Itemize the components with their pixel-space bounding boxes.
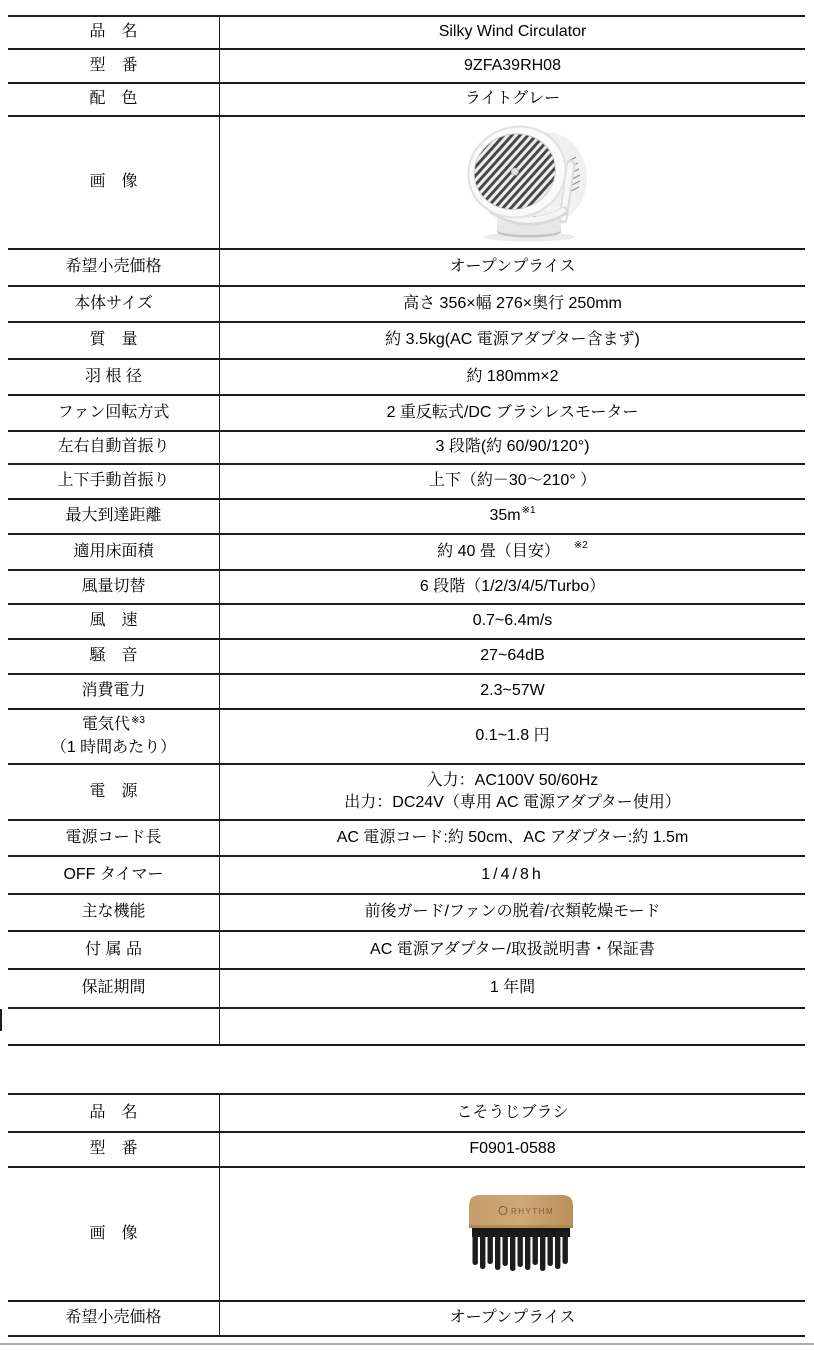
row-label: 最大到達距離 bbox=[8, 500, 220, 533]
value-text: 2 重反転式/DC ブラシレスモーター bbox=[387, 402, 639, 424]
label-text: 上下手動首振り bbox=[57, 470, 169, 492]
value-footnote-mark: ※1 bbox=[522, 504, 536, 518]
row-label: 希望小売価格 bbox=[8, 1302, 220, 1335]
value-line-1: 入力：AC100V 50/60Hz bbox=[427, 770, 599, 792]
bottom-gray-rule bbox=[0, 1343, 814, 1345]
value-text: 6 段階（1/2/3/4/5/Turbo） bbox=[420, 576, 605, 598]
label-text: 画 像 bbox=[89, 171, 137, 193]
row-value: こそうじブラシ bbox=[220, 1095, 805, 1131]
row-label: 電気代※3 （1 時間あたり） bbox=[8, 710, 220, 763]
table-row: 主な機能 前後ガード/ファンの脱着/衣類乾燥モード bbox=[8, 895, 805, 932]
row-value bbox=[220, 117, 805, 248]
label-text: 希望小売価格 bbox=[65, 256, 161, 278]
table-row: 羽 根 径 約 180mm×2 bbox=[8, 360, 805, 396]
label-text: 画 像 bbox=[89, 1223, 137, 1245]
table-row: 風 速 0.7~6.4m/s bbox=[8, 605, 805, 640]
label-text: 風量切替 bbox=[81, 576, 145, 598]
table-row: 希望小売価格 オープンプライス bbox=[8, 250, 805, 287]
row-value: 0.7~6.4m/s bbox=[220, 605, 805, 638]
label-text: 品 名 bbox=[89, 21, 137, 43]
brush-handle-edge bbox=[469, 1225, 573, 1228]
value-text: 前後ガード/ファンの脱着/衣類乾燥モード bbox=[365, 901, 661, 923]
row-label: 品 名 bbox=[8, 1095, 220, 1131]
row-value: 6 段階（1/2/3/4/5/Turbo） bbox=[220, 571, 805, 603]
row-label: 保証期間 bbox=[8, 970, 220, 1007]
table-row: 品 名 こそうじブラシ bbox=[8, 1095, 805, 1133]
value-text: 27~64dB bbox=[480, 645, 545, 667]
table-row: 配 色 ライトグレー bbox=[8, 84, 805, 117]
value-text: 0.1~1.8 円 bbox=[475, 725, 549, 747]
spec-table-brush: 品 名 こそうじブラシ 型 番 F0901-0588 画 像 bbox=[8, 1093, 805, 1337]
row-label: 消費電力 bbox=[8, 675, 220, 708]
row-label: OFF タイマー bbox=[8, 857, 220, 893]
label-text: OFF タイマー bbox=[63, 864, 163, 886]
value-text: 35m bbox=[489, 505, 520, 527]
value-text: こそうじブラシ bbox=[456, 1102, 568, 1124]
row-label: 羽 根 径 bbox=[8, 360, 220, 394]
row-value: Silky Wind Circulator bbox=[220, 17, 805, 48]
value-text: 9ZFA39RH08 bbox=[464, 55, 561, 77]
table-row: 型 番 F0901-0588 bbox=[8, 1133, 805, 1168]
row-label: 本体サイズ bbox=[8, 287, 220, 321]
table-row: 電源コード長 AC 電源コード:約 50cm、AC アダプター:約 1.5m bbox=[8, 821, 805, 857]
table-row: ファン回転方式 2 重反転式/DC ブラシレスモーター bbox=[8, 396, 805, 432]
label-footnote-mark: ※3 bbox=[131, 715, 145, 726]
label-text: 電 源 bbox=[89, 781, 137, 803]
value-text: 約 3.5kg(AC 電源アダプター含まず) bbox=[385, 329, 640, 351]
value-text: オープンプライス bbox=[450, 256, 576, 278]
value-text: 約 180mm×2 bbox=[466, 366, 558, 388]
table-row-image: 画 像 bbox=[8, 117, 805, 250]
table-row-image: 画 像 RHYTHM bbox=[8, 1168, 805, 1302]
row-value: 2.3~57W bbox=[220, 675, 805, 708]
row-value: 1/4/8h bbox=[220, 857, 805, 893]
value-text: 高さ 356×幅 276×奥行 250mm bbox=[403, 293, 622, 315]
label-text: 電気代 bbox=[82, 716, 130, 733]
row-value: 9ZFA39RH08 bbox=[220, 50, 805, 82]
fan-base-bottom bbox=[497, 225, 561, 235]
label-text: ファン回転方式 bbox=[58, 402, 170, 424]
row-label: 配 色 bbox=[8, 84, 220, 115]
row-label: 電 源 bbox=[8, 765, 220, 819]
row-label: 付 属 品 bbox=[8, 932, 220, 968]
table-row: 質 量 約 3.5kg(AC 電源アダプター含まず) bbox=[8, 323, 805, 360]
table-row: 付 属 品 AC 電源アダプター/取扱説明書・保証書 bbox=[8, 932, 805, 970]
label-text: 本体サイズ bbox=[74, 293, 153, 315]
row-label: ファン回転方式 bbox=[8, 396, 220, 430]
value-text: 1 年間 bbox=[490, 977, 535, 999]
table-edge-tick bbox=[0, 1009, 2, 1031]
value-line-2: 出力：DC24V（専用 AC 電源アダプター使用） bbox=[344, 792, 680, 814]
table-row: 電気代※3 （1 時間あたり） 0.1~1.8 円 bbox=[8, 710, 805, 765]
table-row: 型 番 9ZFA39RH08 bbox=[8, 50, 805, 84]
row-value: AC 電源コード:約 50cm、AC アダプター:約 1.5m bbox=[220, 821, 805, 855]
value-text: 0.7~6.4m/s bbox=[473, 610, 553, 632]
table-row: 左右自動首振り 3 段階(約 60/90/120°) bbox=[8, 432, 805, 465]
table-row: 適用床面積 約 40 畳（目安）※2 bbox=[8, 535, 805, 571]
row-value bbox=[220, 1009, 805, 1044]
row-value: 約 180mm×2 bbox=[220, 360, 805, 394]
row-label: 質 量 bbox=[8, 323, 220, 358]
row-value: オープンプライス bbox=[220, 250, 805, 285]
row-value: 27~64dB bbox=[220, 640, 805, 673]
value-text: ライトグレー bbox=[465, 88, 560, 110]
row-label: 希望小売価格 bbox=[8, 250, 220, 285]
label-text: 電源コード長 bbox=[65, 827, 161, 849]
row-label: 主な機能 bbox=[8, 895, 220, 930]
label-text: 消費電力 bbox=[81, 680, 145, 702]
value-text: 約 40 畳（目安） bbox=[437, 541, 560, 563]
row-label: 型 番 bbox=[8, 50, 220, 82]
spec-sheet: 品 名 Silky Wind Circulator 型 番 9ZFA39RH08… bbox=[0, 0, 814, 1350]
row-label: 上下手動首振り bbox=[8, 465, 220, 498]
label-text: 配 色 bbox=[89, 88, 137, 110]
label-text: 型 番 bbox=[89, 1138, 137, 1160]
row-value: 0.1~1.8 円 bbox=[220, 710, 805, 763]
value-text: 3 段階(約 60/90/120°) bbox=[435, 436, 589, 458]
label-text: 羽 根 径 bbox=[85, 366, 142, 388]
row-value: F0901-0588 bbox=[220, 1133, 805, 1166]
label-text: 付 属 品 bbox=[85, 939, 142, 961]
row-value: 約 40 畳（目安）※2 bbox=[220, 535, 805, 569]
brush-logo-text: RHYTHM bbox=[511, 1207, 554, 1216]
row-value: 約 3.5kg(AC 電源アダプター含まず) bbox=[220, 323, 805, 358]
table-row: 電 源 入力：AC100V 50/60Hz 出力：DC24V（専用 AC 電源ア… bbox=[8, 765, 805, 821]
value-footnote-mark: ※2 bbox=[574, 539, 588, 553]
label-text: 主な機能 bbox=[81, 901, 145, 923]
table-row: 保証期間 1 年間 bbox=[8, 970, 805, 1009]
row-value: 1 年間 bbox=[220, 970, 805, 1007]
row-label: 電源コード長 bbox=[8, 821, 220, 855]
brush-product-image: RHYTHM bbox=[462, 1187, 580, 1281]
value-text: 2.3~57W bbox=[480, 680, 544, 702]
row-label: 左右自動首振り bbox=[8, 432, 220, 463]
row-value: 35m※1 bbox=[220, 500, 805, 533]
table-row-empty bbox=[8, 1009, 805, 1046]
value-text: Silky Wind Circulator bbox=[439, 21, 587, 43]
row-value: 3 段階(約 60/90/120°) bbox=[220, 432, 805, 463]
value-text: AC 電源アダプター/取扱説明書・保証書 bbox=[370, 939, 655, 961]
label-line-2: （1 時間あたり） bbox=[51, 737, 176, 759]
value-text: F0901-0588 bbox=[469, 1138, 555, 1160]
label-text: 騒 音 bbox=[89, 645, 137, 667]
row-label: 適用床面積 bbox=[8, 535, 220, 569]
spec-table-circulator: 品 名 Silky Wind Circulator 型 番 9ZFA39RH08… bbox=[8, 15, 805, 1046]
row-label bbox=[8, 1009, 220, 1044]
row-label: 風 速 bbox=[8, 605, 220, 638]
value-text: AC 電源コード:約 50cm、AC アダプター:約 1.5m bbox=[337, 827, 689, 849]
table-row: 希望小売価格 オープンプライス bbox=[8, 1302, 805, 1337]
table-row: 本体サイズ 高さ 356×幅 276×奥行 250mm bbox=[8, 287, 805, 323]
value-text: 上下（約－30～210° ） bbox=[429, 470, 596, 492]
table-row: OFF タイマー 1/4/8h bbox=[8, 857, 805, 895]
row-label: 騒 音 bbox=[8, 640, 220, 673]
row-value: AC 電源アダプター/取扱説明書・保証書 bbox=[220, 932, 805, 968]
value-text: オープンプライス bbox=[450, 1307, 576, 1329]
row-value: 前後ガード/ファンの脱着/衣類乾燥モード bbox=[220, 895, 805, 930]
row-label: 型 番 bbox=[8, 1133, 220, 1166]
table-row: 消費電力 2.3~57W bbox=[8, 675, 805, 710]
label-text: 保証期間 bbox=[81, 977, 145, 999]
row-label: 画 像 bbox=[8, 117, 220, 248]
label-text: 品 名 bbox=[89, 1102, 137, 1124]
label-text: 左右自動首振り bbox=[57, 436, 169, 458]
row-value: RHYTHM bbox=[220, 1168, 805, 1300]
table-row: 騒 音 27~64dB bbox=[8, 640, 805, 675]
label-text: 最大到達距離 bbox=[65, 505, 161, 527]
label-text: 質 量 bbox=[89, 329, 137, 351]
table-row: 品 名 Silky Wind Circulator bbox=[8, 17, 805, 50]
table-row: 風量切替 6 段階（1/2/3/4/5/Turbo） bbox=[8, 571, 805, 605]
row-value: ライトグレー bbox=[220, 84, 805, 115]
row-value: 2 重反転式/DC ブラシレスモーター bbox=[220, 396, 805, 430]
label-text: 希望小売価格 bbox=[65, 1307, 161, 1329]
value-text: 1/4/8h bbox=[481, 864, 543, 886]
row-label: 風量切替 bbox=[8, 571, 220, 603]
row-value: 上下（約－30～210° ） bbox=[220, 465, 805, 498]
table-row: 最大到達距離 35m※1 bbox=[8, 500, 805, 535]
row-label: 品 名 bbox=[8, 17, 220, 48]
label-text: 適用床面積 bbox=[73, 541, 153, 563]
fan-product-image bbox=[445, 122, 610, 244]
row-value: 入力：AC100V 50/60Hz 出力：DC24V（専用 AC 電源アダプター… bbox=[220, 765, 805, 819]
table-row: 上下手動首振り 上下（約－30～210° ） bbox=[8, 465, 805, 500]
row-label: 画 像 bbox=[8, 1168, 220, 1300]
label-line-1: 電気代※3 bbox=[82, 714, 145, 736]
row-value: 高さ 356×幅 276×奥行 250mm bbox=[220, 287, 805, 321]
label-text: 型 番 bbox=[89, 55, 137, 77]
label-text: 風 速 bbox=[89, 610, 137, 632]
row-value: オープンプライス bbox=[220, 1302, 805, 1335]
